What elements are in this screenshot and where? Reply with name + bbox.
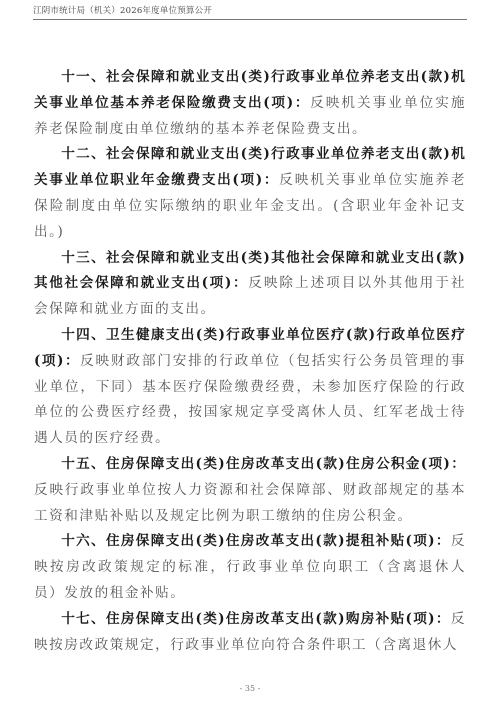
- section-11: 十一、社会保障和就业支出(类)行政事业单位养老支出(款)机关事业单位基本养老保险…: [34, 65, 466, 142]
- section-body: 反映财政部门安排的行政单位（包括实行公务员管理的事业单位，下同）基本医疗保险缴费…: [34, 353, 466, 446]
- section-heading: 十六、住房保障支出(类)住房改革支出(款)提租补贴(项)：: [61, 533, 451, 549]
- section-16: 十六、住房保障支出(类)住房改革支出(款)提租补贴(项)：反映按房改政策规定的标…: [34, 529, 466, 606]
- section-15: 十五、住房保障支出(类)住房改革支出(款)住房公积金(项)：反映行政事业单位按人…: [34, 452, 466, 529]
- section-12: 十二、社会保障和就业支出(类)行政事业单位养老支出(款)机关事业单位职业年金缴费…: [34, 142, 466, 245]
- section-body: 反映行政事业单位按人力资源和社会保障部、财政部规定的基本工资和津贴补贴以及规定比…: [34, 482, 466, 524]
- section-14: 十四、卫生健康支出(类)行政事业单位医疗(款)行政单位医疗(项)：反映财政部门安…: [34, 323, 466, 452]
- section-heading: 十七、住房保障支出(类)住房改革支出(款)购房补贴(项)：: [61, 611, 451, 627]
- document-title: 江阴市统计局（机关）2026年度单位预算公开: [33, 5, 467, 17]
- document-body: 十一、社会保障和就业支出(类)行政事业单位养老支出(款)机关事业单位基本养老保险…: [34, 65, 466, 658]
- section-17: 十七、住房保障支出(类)住房改革支出(款)购房补贴(项)：反映按房改政策规定，行…: [34, 607, 466, 659]
- section-13: 十三、社会保障和就业支出(类)其他社会保障和就业支出(款)其他社会保障和就业支出…: [34, 246, 466, 323]
- section-heading: 十五、住房保障支出(类)住房改革支出(款)住房公积金(项)：: [61, 456, 466, 472]
- page-header: 江阴市统计局（机关）2026年度单位预算公开: [33, 5, 467, 20]
- page-number: - 35 -: [0, 684, 500, 693]
